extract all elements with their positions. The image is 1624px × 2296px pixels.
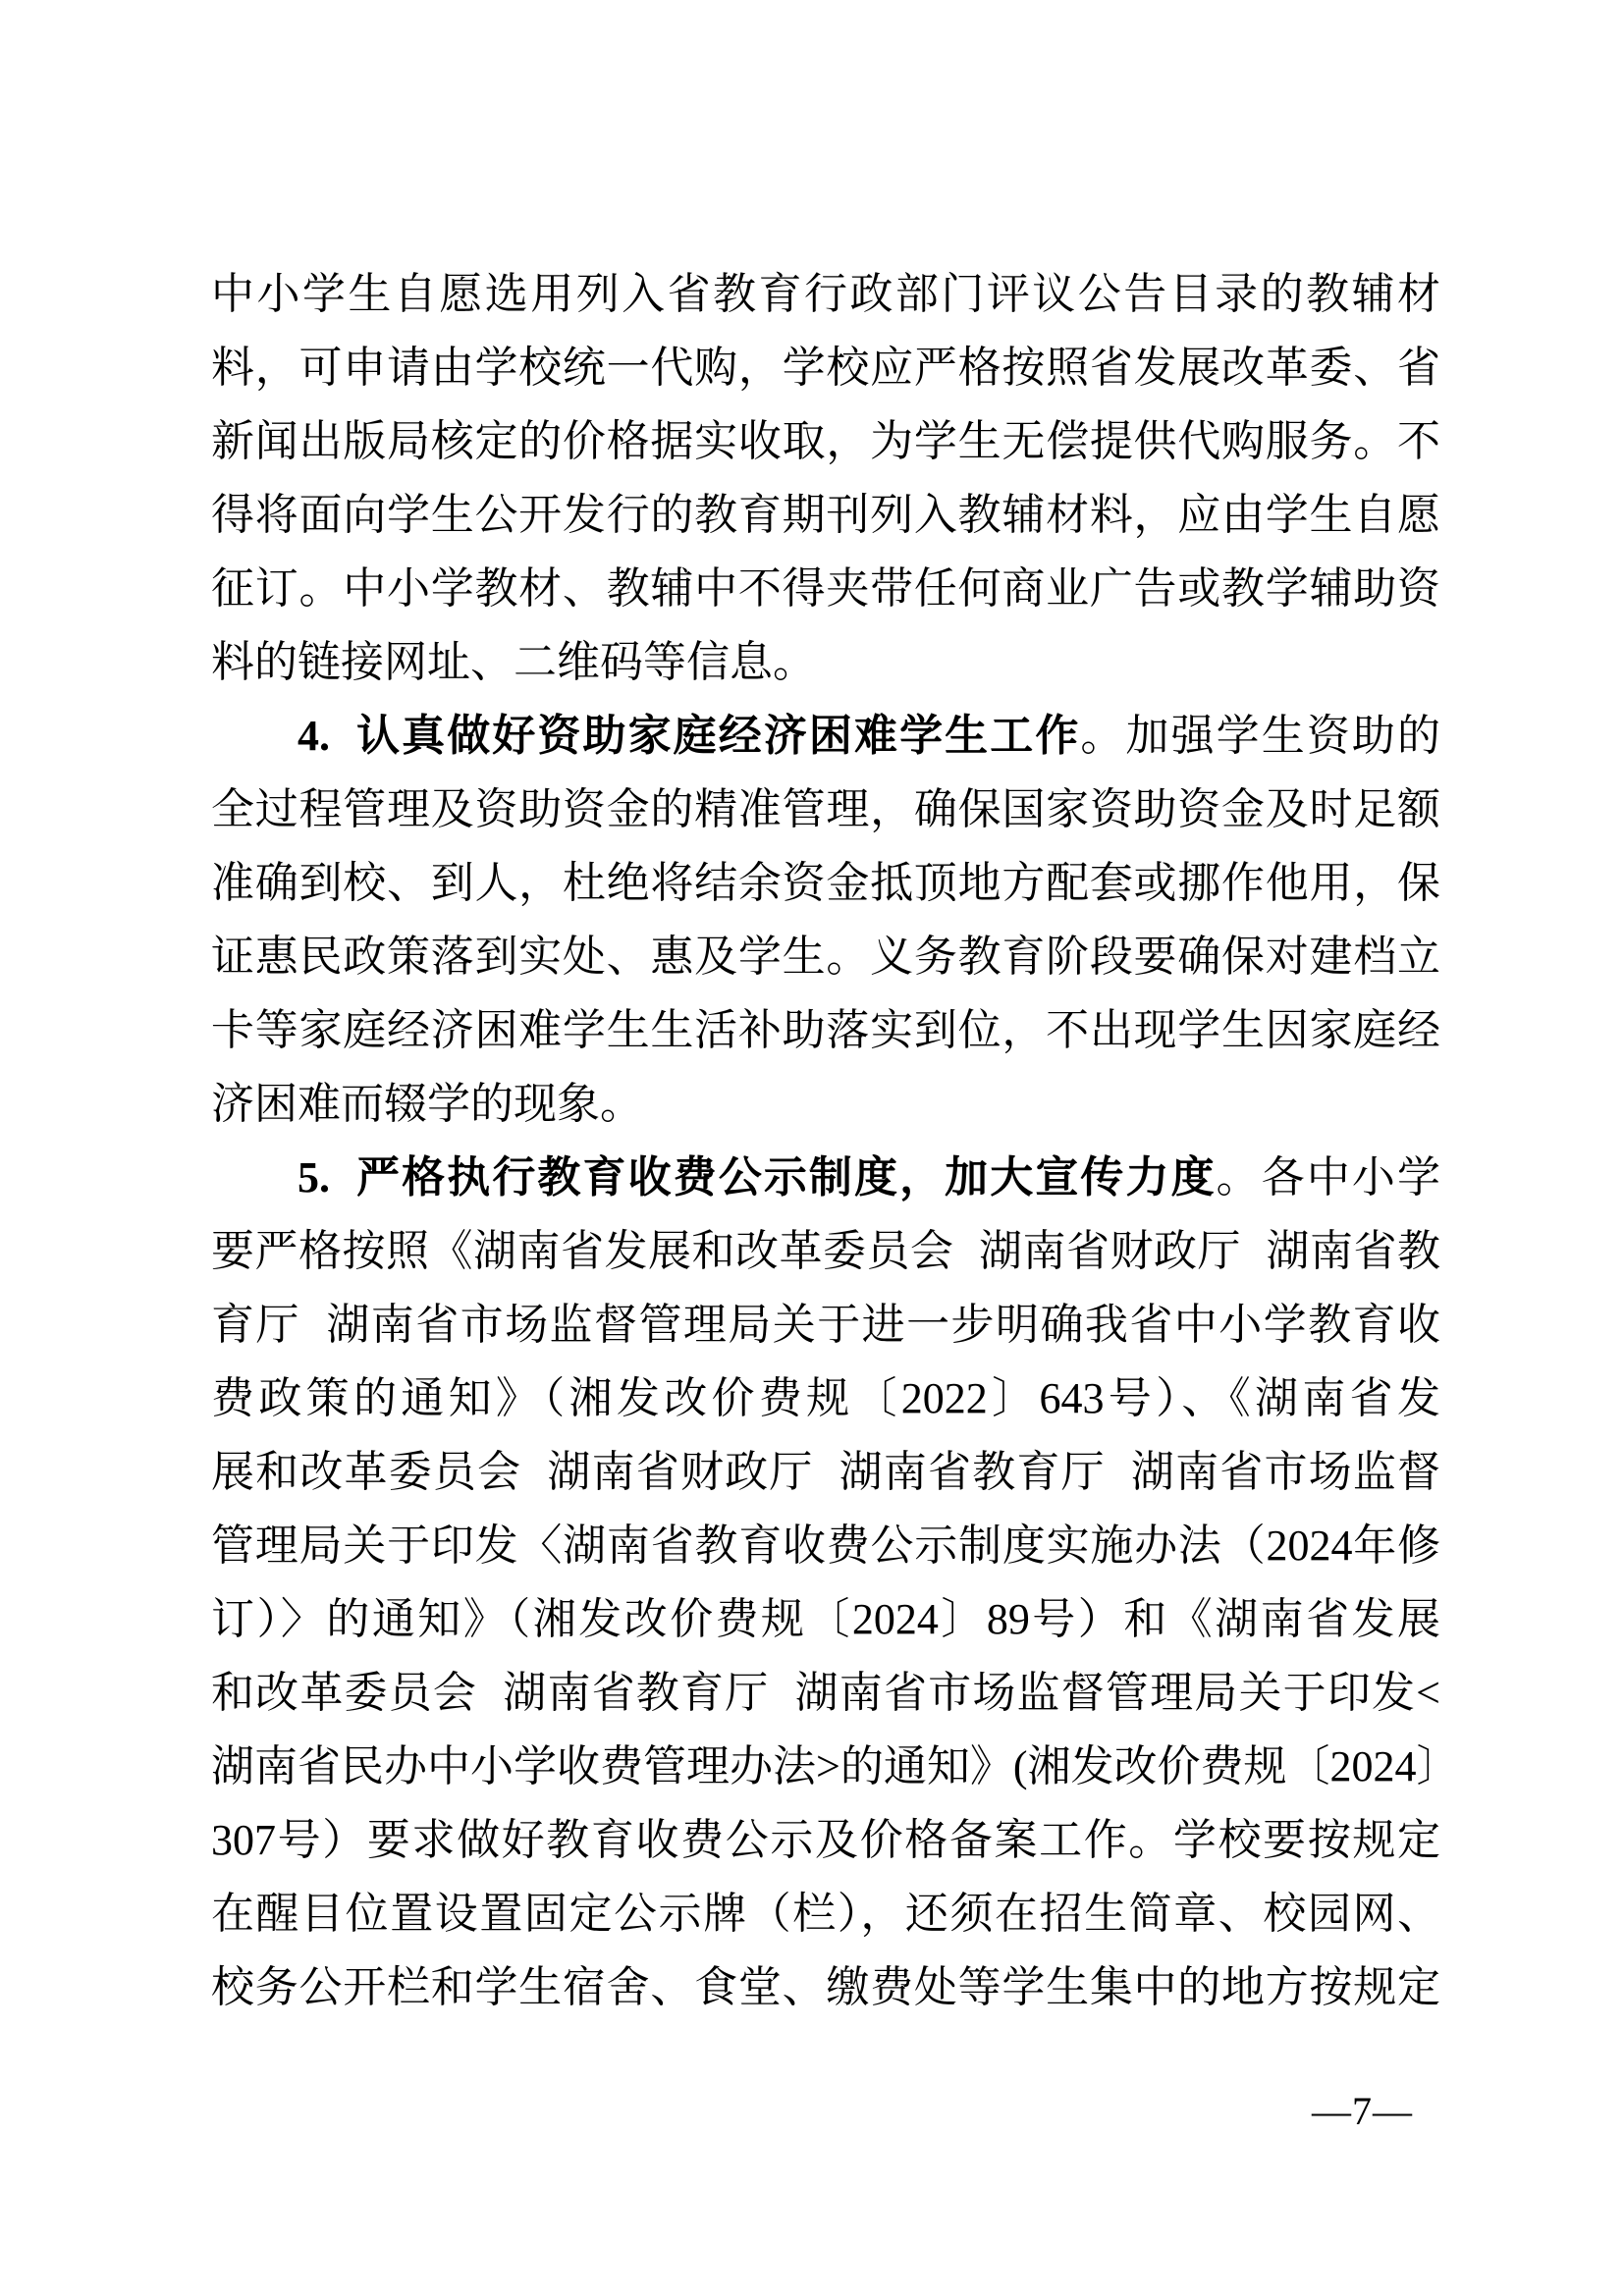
text-line: 307号）要求做好教育收费公示及价格备案工作。学校要按规定	[211, 1803, 1440, 1877]
text-line: 准确到校、到人，杜绝将结余资金抵顶地方配套或挪作他用，保	[211, 846, 1440, 920]
text-line: 费政策的通知》（湘发改价费规〔2022〕643号）、《湖南省发	[211, 1362, 1440, 1435]
section-4-heading-rest: 。加强学生资助的	[1080, 712, 1440, 760]
section-4-heading-line: 4. 认真做好资助家庭经济困难学生工作。加强学生资助的	[211, 699, 1440, 773]
section-5-heading: 5. 严格执行教育收费公示制度，加大宣传力度	[298, 1153, 1217, 1201]
text-line: 要严格按照《湖南省发展和改革委员会 湖南省财政厅 湖南省教	[211, 1214, 1440, 1288]
text-line: 湖南省民办中小学收费管理办法>的通知》(湘发改价费规〔2024〕	[211, 1730, 1440, 1803]
text-line: 中小学生自愿选用列入省教育行政部门评议公告目录的教辅材	[211, 257, 1440, 331]
text-line: 在醒目位置设置固定公示牌（栏），还须在招生简章、校园网、	[211, 1877, 1440, 1950]
text-line: 全过程管理及资助资金的精准管理，确保国家资助资金及时足额	[211, 773, 1440, 846]
text-line: 卡等家庭经济困难学生生活补助落实到位，不出现学生因家庭经	[211, 993, 1440, 1067]
text-line: 校务公开栏和学生宿舍、食堂、缴费处等学生集中的地方按规定	[211, 1950, 1440, 2024]
page-number: —7—	[1312, 2087, 1413, 2136]
text-line: 料的链接网址、二维码等信息。	[211, 625, 1440, 699]
text-line: 展和改革委员会 湖南省财政厅 湖南省教育厅 湖南省市场监督	[211, 1435, 1440, 1509]
text-line: 新闻出版局核定的价格据实收取，为学生无偿提供代购服务。不	[211, 404, 1440, 478]
document-body: 中小学生自愿选用列入省教育行政部门评议公告目录的教辅材 料，可申请由学校统一代购…	[211, 257, 1440, 2024]
text-line: 证惠民政策落到实处、惠及学生。义务教育阶段要确保对建档立	[211, 920, 1440, 993]
text-line: 征订。中小学教材、教辅中不得夹带任何商业广告或教学辅助资	[211, 552, 1440, 625]
text-line: 料，可申请由学校统一代购，学校应严格按照省发展改革委、省	[211, 331, 1440, 404]
text-line: 订）〉的通知》（湘发改价费规〔2024〕89号）和《湖南省发展	[211, 1582, 1440, 1656]
text-line: 和改革委员会 湖南省教育厅 湖南省市场监督管理局关于印发<	[211, 1656, 1440, 1730]
text-line: 管理局关于印发〈湖南省教育收费公示制度实施办法（2024年修	[211, 1509, 1440, 1582]
text-line: 得将面向学生公开发行的教育期刊列入教辅材料，应由学生自愿	[211, 478, 1440, 552]
section-5-heading-rest: 。各中小学	[1217, 1153, 1440, 1201]
text-line: 育厅 湖南省市场监督管理局关于进一步明确我省中小学教育收	[211, 1288, 1440, 1362]
section-5-heading-line: 5. 严格执行教育收费公示制度，加大宣传力度。各中小学	[211, 1141, 1440, 1214]
document-page: 中小学生自愿选用列入省教育行政部门评议公告目录的教辅材 料，可申请由学校统一代购…	[0, 0, 1624, 2296]
text-line: 济困难而辍学的现象。	[211, 1067, 1440, 1141]
section-4-heading: 4. 认真做好资助家庭经济困难学生工作	[298, 712, 1080, 760]
